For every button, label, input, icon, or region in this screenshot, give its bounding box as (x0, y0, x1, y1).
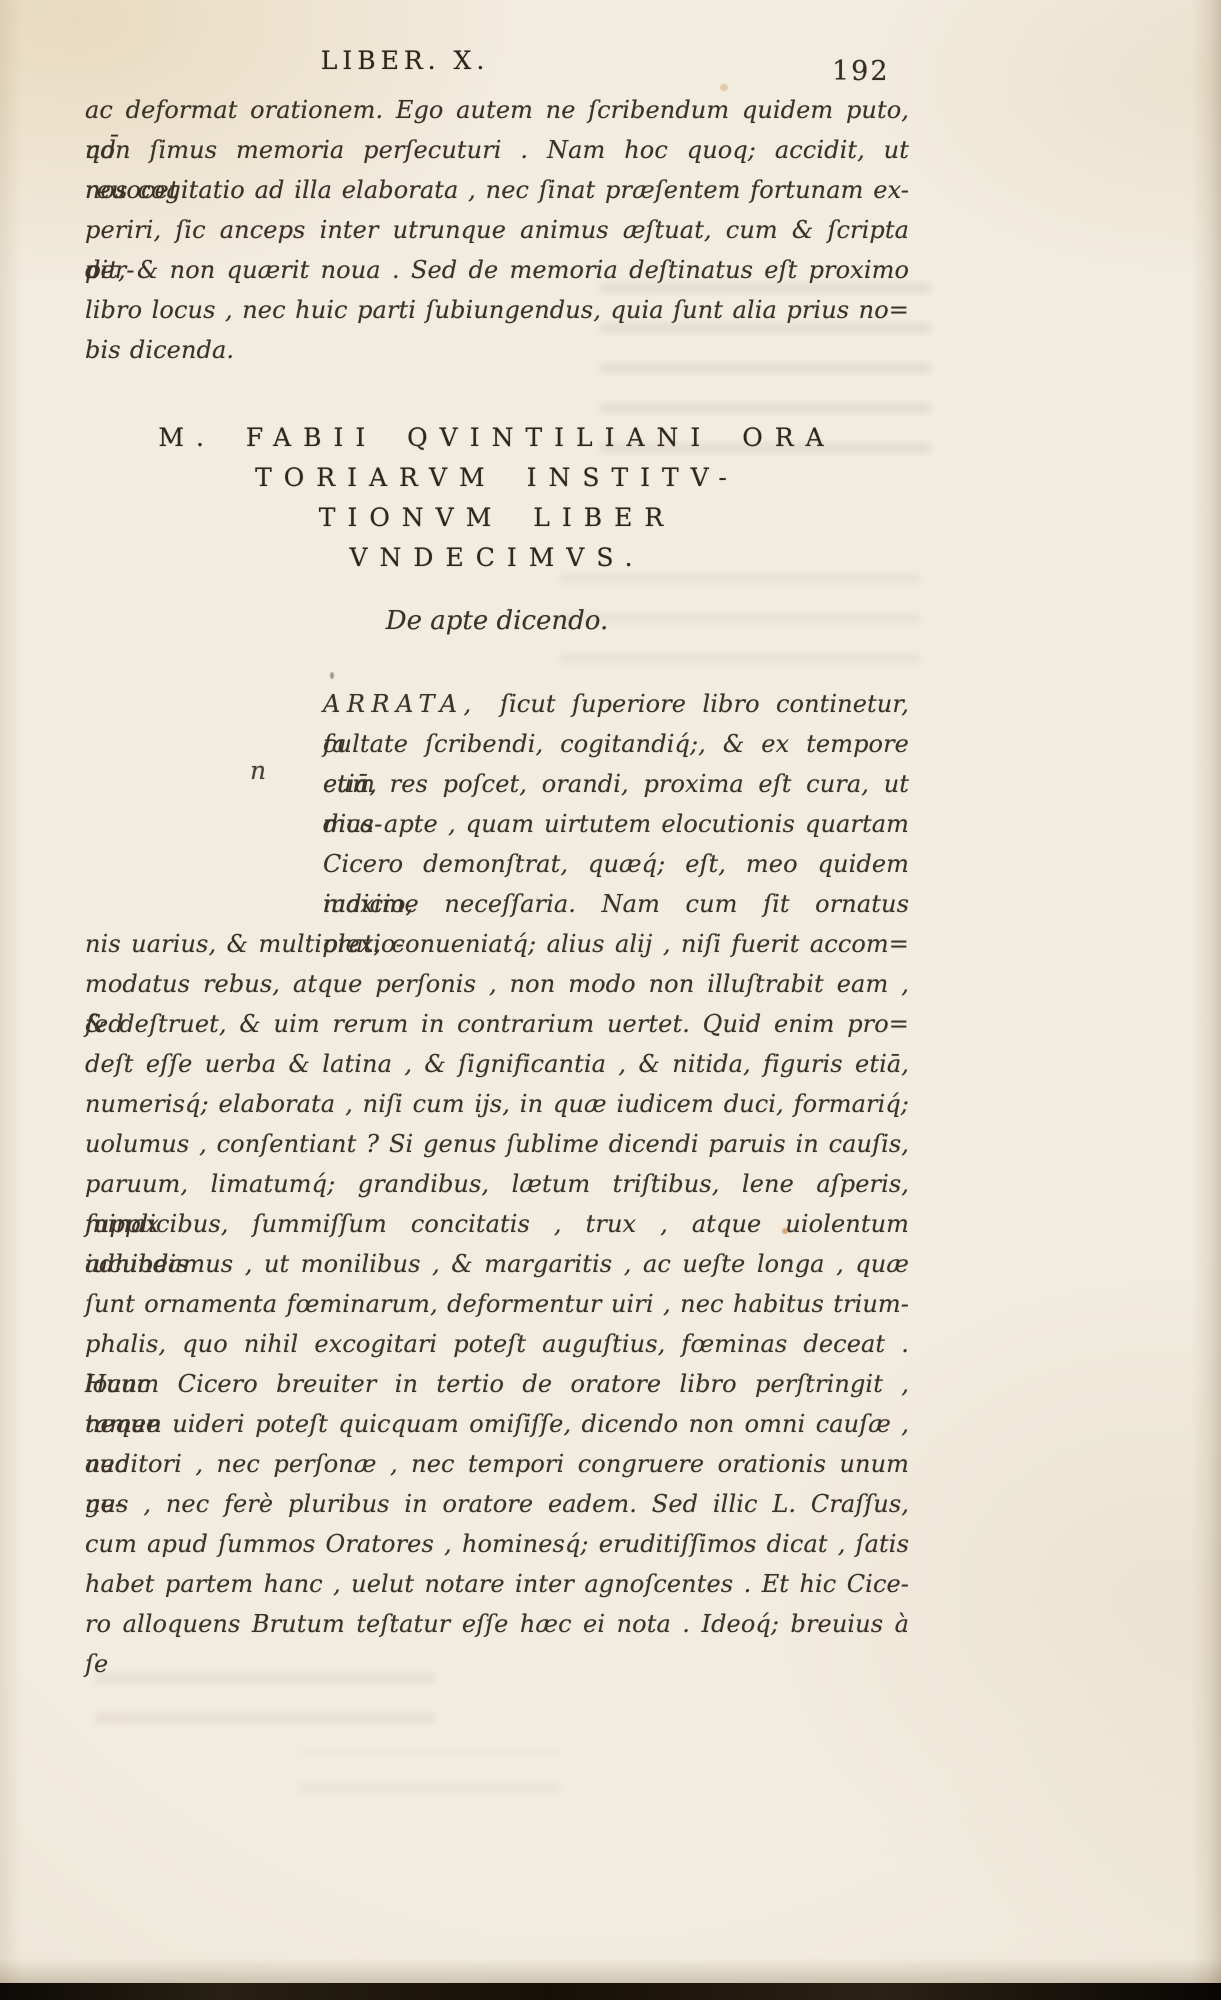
opening-word: ARRATA, (323, 690, 478, 718)
text-line: ac deformat orationem. Ego autem ne ſcri… (85, 90, 909, 130)
running-header-title: LIBER. X. (321, 46, 490, 75)
text-line: numerisq́; elaborata , niſi cum ijs, in … (85, 1084, 909, 1124)
chapter-opening-lines: cultate ſcribendi, cogitandiq́;, & ex te… (85, 724, 909, 924)
binding-bottom-edge (0, 1983, 1221, 2000)
text-line: tamen uideri poteſt quicquam omiſiſſe, d… (85, 1404, 909, 1444)
text-line: periri, ſic anceps inter utrunque animus… (85, 210, 909, 250)
title-line: VNDECIMVS. (85, 538, 909, 578)
page-left-edge-shadow (0, 0, 22, 2000)
chapter-body-paragraph: nis uarius, & multiplex, conueniatq́; al… (85, 924, 909, 1644)
book-title-block: M. FABII QVINTILIANI ORA TORIARVM INSTIT… (85, 418, 909, 578)
text-line: bis dicenda. (85, 330, 909, 370)
title-line: TIONVM LIBER (85, 498, 909, 538)
running-header: LIBER. X. (85, 46, 909, 75)
chapter-heading: De apte dicendo. (85, 606, 909, 636)
text-line: deſt eſſe uerba & latina , & ſignificant… (85, 1044, 909, 1084)
title-line: TORIARVM INSTITV- (85, 458, 909, 498)
text-line: cum res poſcet, orandi, proxima eſt cura… (323, 764, 909, 804)
text-line: paruum, limatumq́; grandibus, lætum triſ… (85, 1164, 909, 1204)
text-line: maxime neceſſaria. Nam cum ſit ornatus o… (323, 884, 909, 924)
chapter-opening-block: ARRATA, ſicut ſuperiore libro continetur… (85, 684, 909, 924)
text-line: nos cogitatio ad illa elaborata , nec ſi… (85, 170, 909, 210)
text-line: nis uarius, & multiplex, conueniatq́; al… (85, 924, 909, 964)
text-line: ſupplicibus, ſummiſſum concitatis , trux… (85, 1204, 909, 1244)
show-through-smudge (95, 1650, 435, 1740)
text-line: cultate ſcribendi, cogitandiq́;, & ex te… (323, 724, 909, 764)
text-line: dit, & non quærit noua . Sed de memoria … (85, 250, 909, 290)
text-line: cum apud ſummos Oratores , hominesq́; er… (85, 1524, 909, 1564)
text-line: Cicero demonſtrat, quæq́; eſt, meo quide… (323, 844, 909, 884)
page-bottom-shadow (0, 1958, 1221, 1984)
text-line: non ſimus memoria perſecuturi . Nam hoc … (85, 130, 909, 170)
text-line: habet partem hanc , uelut notare inter a… (85, 1564, 909, 1604)
ink-spot (330, 672, 334, 679)
text-line: adhibeamus , ut monilibus , & margaritis… (85, 1244, 909, 1284)
text-line: & deſtruet, & uim rerum in contrarium ue… (85, 1004, 909, 1044)
text-line: uolumus , conſentiant ? Si genus ſublime… (85, 1124, 909, 1164)
book10-ending-paragraph: ac deformat orationem. Ego autem ne ſcri… (85, 90, 909, 370)
text-line: locum Cicero breuiter in tertio de orato… (85, 1364, 909, 1404)
text-line: mus apte , quam uirtutem elocutionis qua… (323, 804, 909, 844)
text-line: auditori , nec perſonæ , nec tempori con… (85, 1444, 909, 1484)
text-line: libro locus , nec huic parti ſubiungendu… (85, 290, 909, 330)
page-number: 192 (832, 56, 890, 87)
book-page: LIBER. X. 192 ac deformat orationem. Ego… (0, 0, 1221, 2000)
text-line: nus , nec ferè pluribus in oratore eadem… (85, 1484, 909, 1524)
page-right-edge-shadow (1191, 0, 1221, 2000)
text-line: phalis, quo nihil excogitari poteſt augu… (85, 1324, 909, 1364)
text-line: ARRATA, ſicut ſuperiore libro continetur… (323, 684, 909, 724)
text-line: ſunt ornamenta fœminarum, deformentur ui… (85, 1284, 909, 1324)
show-through-smudge (300, 1750, 560, 1810)
text-line: modatus rebus, atque perſonis , non modo… (85, 964, 909, 1004)
title-line: M. FABII QVINTILIANI ORA (85, 418, 909, 458)
text-line: ro alloquens Brutum teſtatur eſſe hæc ei… (85, 1604, 909, 1644)
